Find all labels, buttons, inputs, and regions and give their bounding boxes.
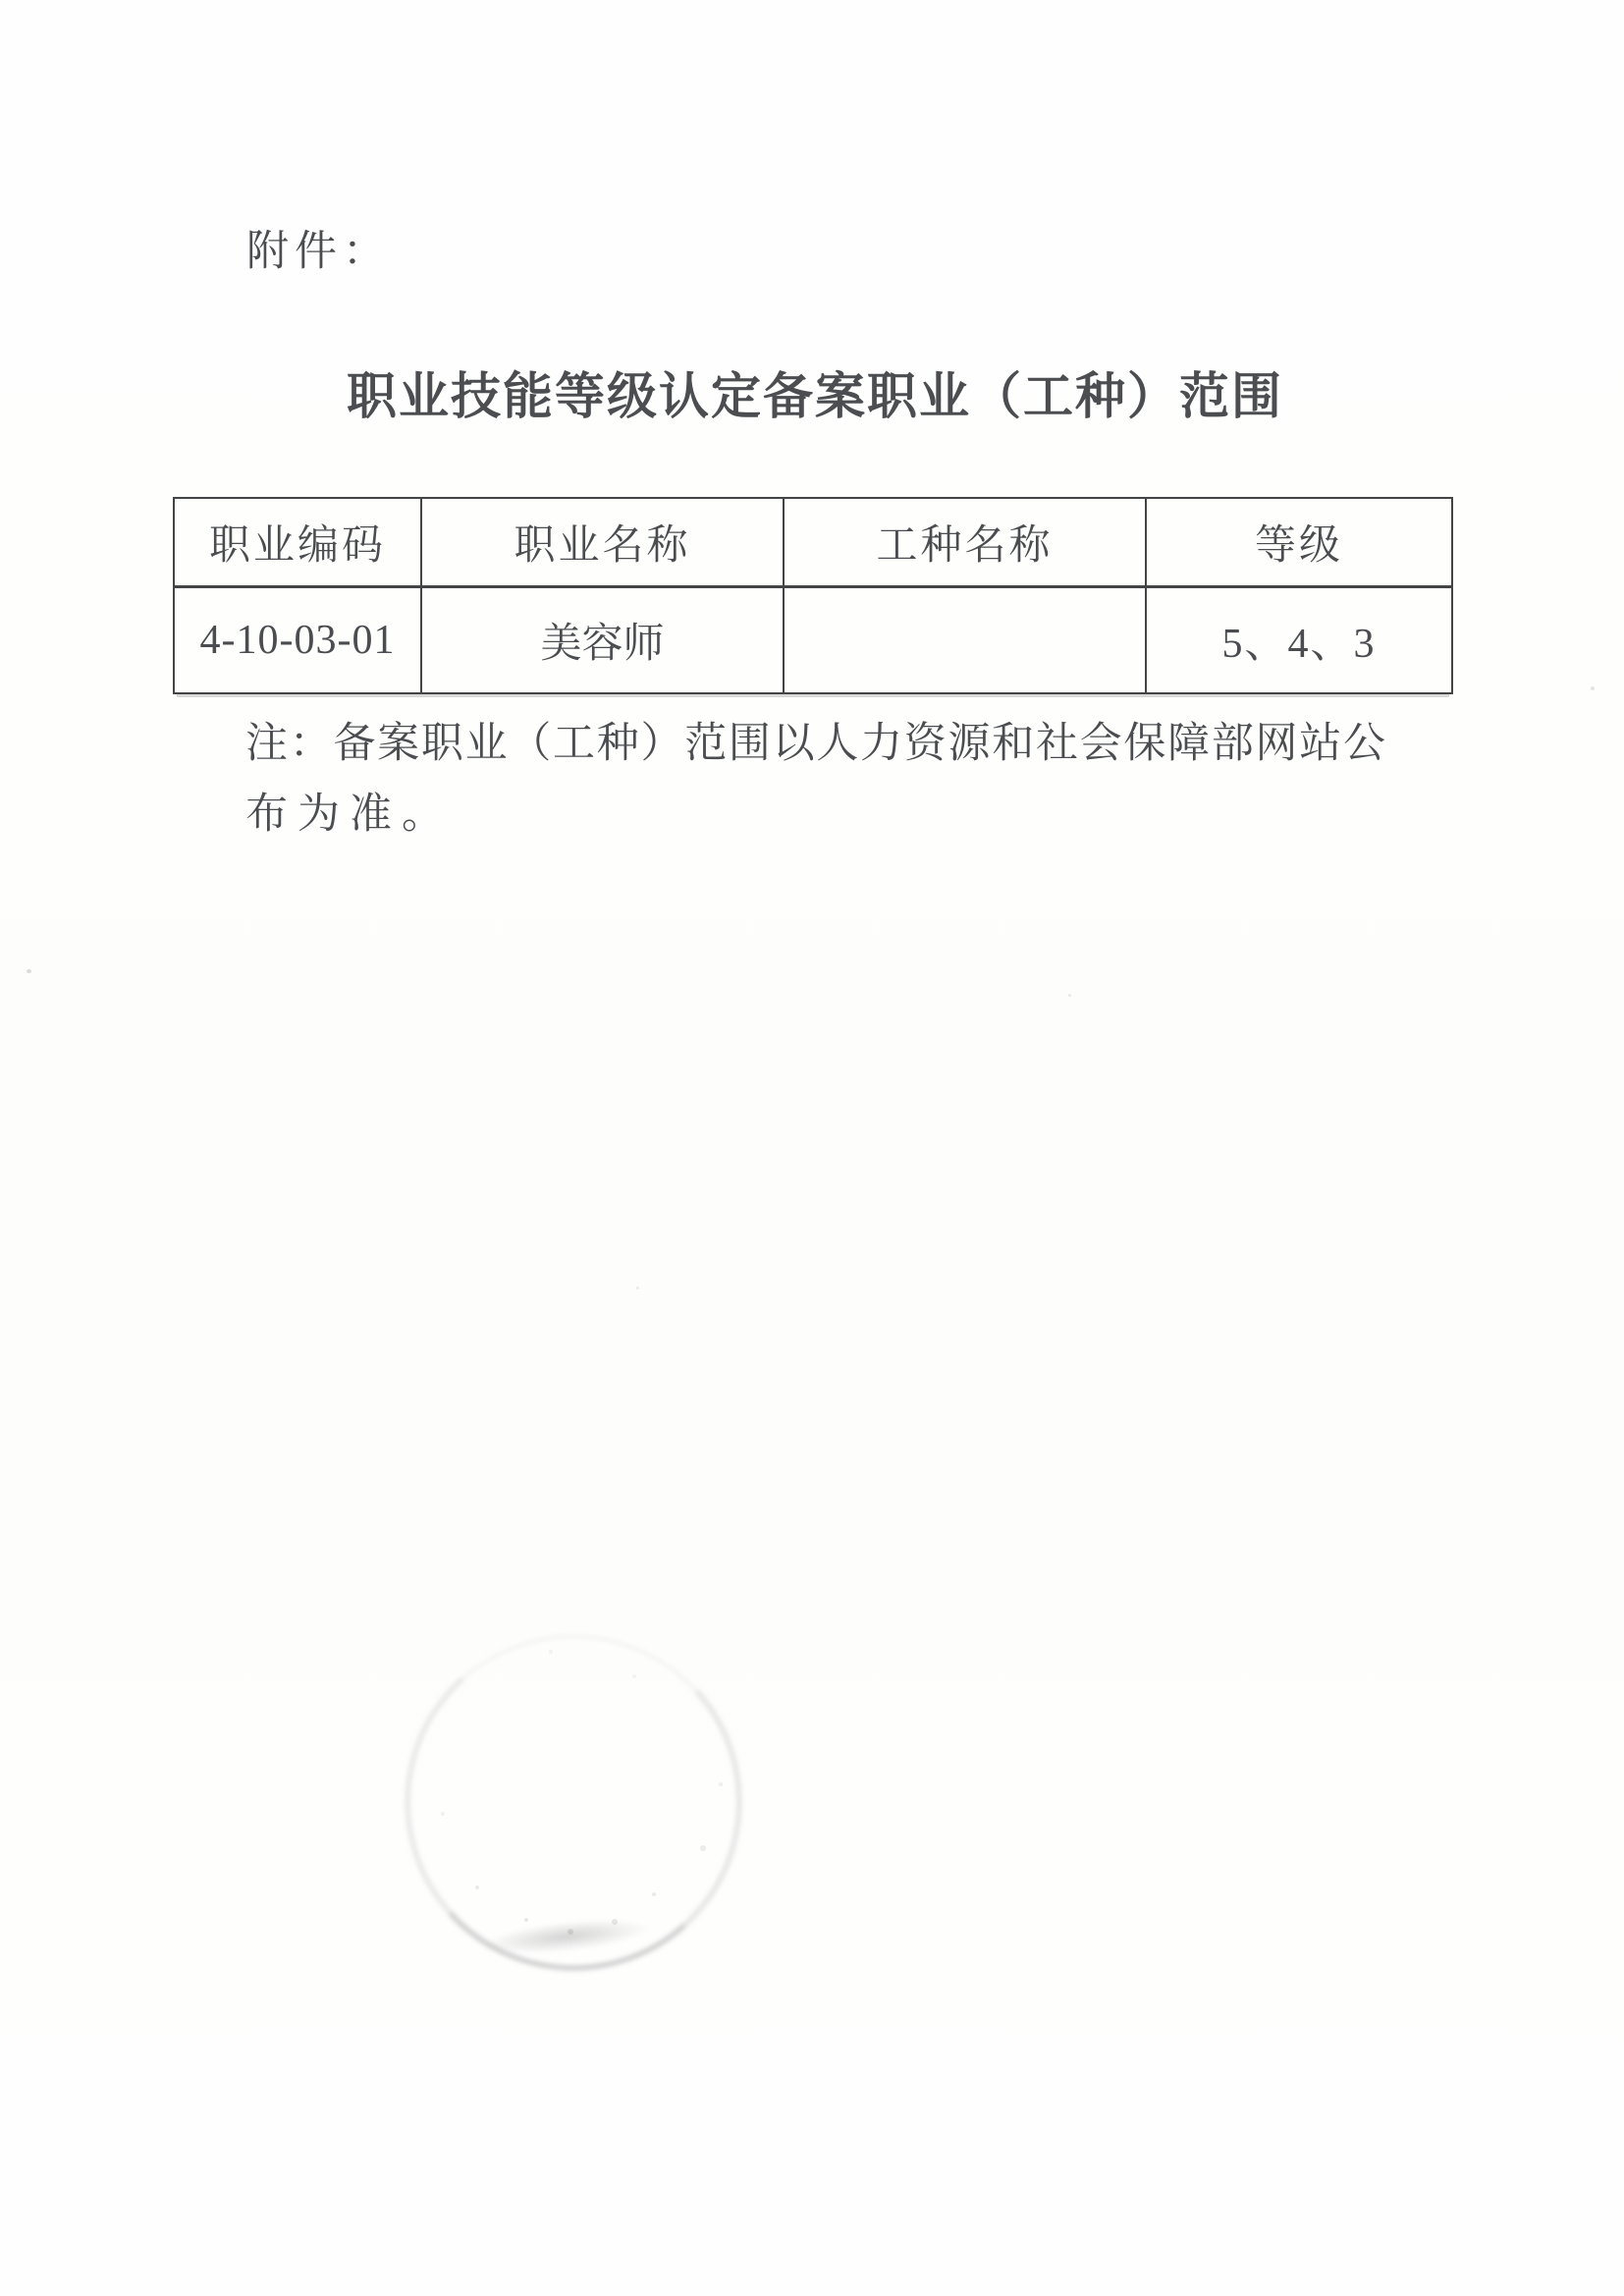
col-header-occupation-name: 职业名称 xyxy=(421,498,784,586)
occupation-table: 职业编码 职业名称 工种名称 等级 4-10-03-01 美容师 5、4、3 xyxy=(173,497,1453,694)
cell-occupation-name: 美容师 xyxy=(421,586,784,693)
stamp-watermark-icon xyxy=(406,1635,740,1969)
page-title: 职业技能等级认定备案职业（工种）范围 xyxy=(0,355,1624,428)
document-page: 附件： 职业技能等级认定备案职业（工种）范围 职业编码 职业名称 工种名称 等级… xyxy=(0,0,1624,2296)
table-row: 4-10-03-01 美容师 5、4、3 xyxy=(174,586,1452,693)
table-header-row: 职业编码 职业名称 工种名称 等级 xyxy=(174,498,1452,586)
stamp-smudge xyxy=(482,1913,651,1960)
note-line-1: 注：备案职业（工种）范围以人力资源和社会保障部网站公 xyxy=(245,709,1386,780)
col-header-occupation-code: 职业编码 xyxy=(174,498,421,586)
scan-speck xyxy=(1068,994,1071,997)
scan-speck xyxy=(1591,686,1595,690)
stamp-speckles xyxy=(406,1635,410,1639)
stamp-ring xyxy=(406,1635,740,1969)
stamp-bottom-arc xyxy=(396,1624,751,1980)
col-header-level: 等级 xyxy=(1146,498,1452,586)
col-header-worktype-name: 工种名称 xyxy=(784,498,1146,586)
cell-occupation-code: 4-10-03-01 xyxy=(174,586,421,693)
note-line-2: 布为准。 xyxy=(245,780,1386,850)
cell-worktype-name xyxy=(784,586,1146,693)
attachment-label: 附件： xyxy=(246,218,391,278)
scan-speck xyxy=(636,1286,639,1289)
note: 注：备案职业（工种）范围以人力资源和社会保障部网站公 布为准。 xyxy=(245,709,1386,850)
scan-speck xyxy=(27,969,31,973)
cell-level: 5、4、3 xyxy=(1146,586,1452,693)
